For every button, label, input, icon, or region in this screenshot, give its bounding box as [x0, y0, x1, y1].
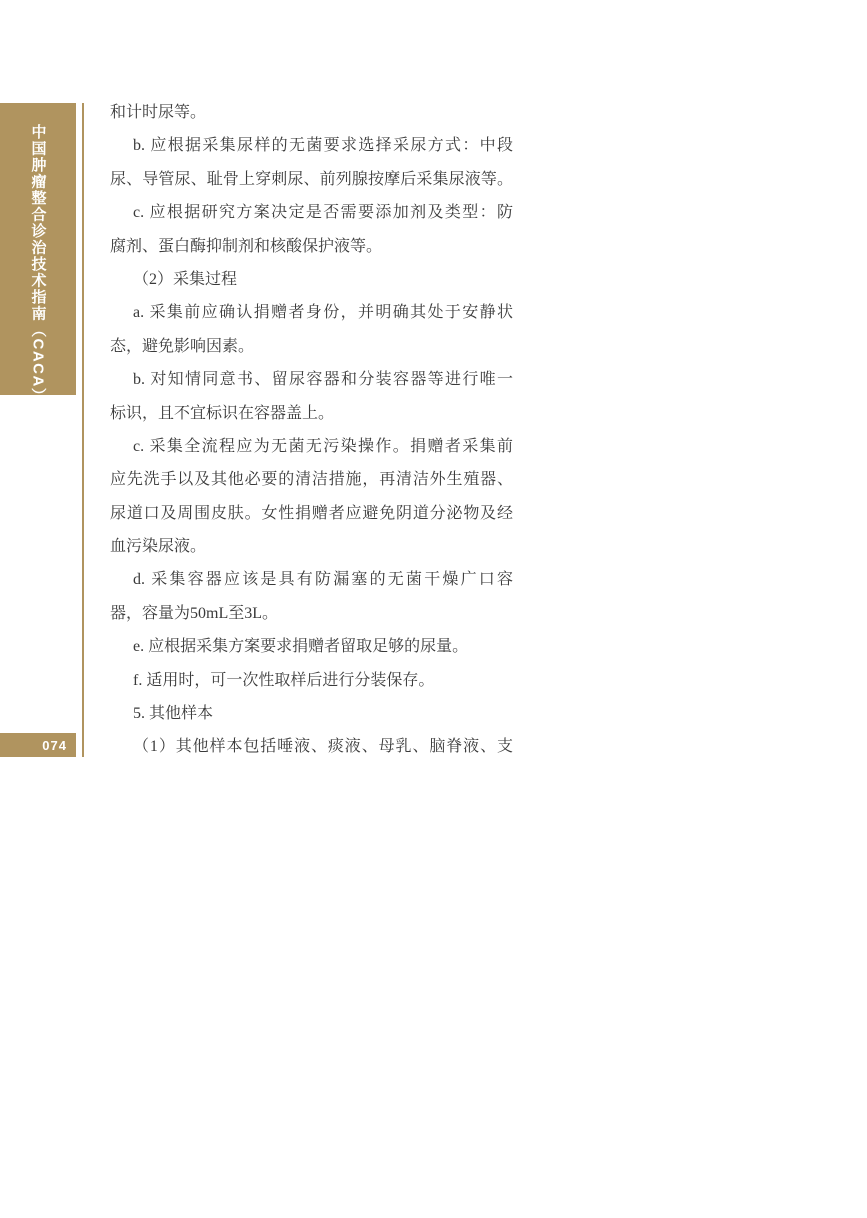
text-line: 器，容量为50mL至3L。	[110, 597, 513, 630]
text-line: c. 应根据研究方案决定是否需要添加剂及类型：防	[110, 196, 513, 229]
sidebar-book-title-box: 中国肿瘤整合诊治技术指南（CACA）	[0, 103, 76, 395]
text-line: 态，避免影响因素。	[110, 330, 513, 363]
book-title-vertical-text: 中国肿瘤整合诊治技术指南（CACA）	[31, 124, 46, 395]
text-line: 标识，且不宜标识在容器盖上。	[110, 397, 513, 430]
text-line: 尿、导管尿、耻骨上穿刺尿、前列腺按摩后采集尿液等。	[110, 163, 513, 196]
text-line: （2）采集过程	[110, 263, 513, 296]
body-text-column: 和计时尿等。 b. 应根据采集尿样的无菌要求选择采尿方式：中段 尿、导管尿、耻骨…	[110, 96, 513, 764]
page-number: 074	[42, 738, 67, 753]
text-line: （1）其他样本包括唾液、痰液、母乳、脑脊液、支	[110, 730, 513, 763]
text-line: a. 采集前应确认捐赠者身份，并明确其处于安静状	[110, 296, 513, 329]
text-line: 血污染尿液。	[110, 530, 513, 563]
text-line: f. 适用时，可一次性取样后进行分装保存。	[110, 664, 513, 697]
page-number-badge: 074	[0, 733, 76, 757]
vertical-divider-line	[82, 103, 84, 757]
text-line: d. 采集容器应该是具有防漏塞的无菌干燥广口容	[110, 563, 513, 596]
text-line: b. 对知情同意书、留尿容器和分装容器等进行唯一	[110, 363, 513, 396]
text-line: 5. 其他样本	[110, 697, 513, 730]
text-line: 应先洗手以及其他必要的清洁措施，再清洁外生殖器、	[110, 463, 513, 496]
text-line: e. 应根据采集方案要求捐赠者留取足够的尿量。	[110, 630, 513, 663]
text-line: 尿道口及周围皮肤。女性捐赠者应避免阴道分泌物及经	[110, 497, 513, 530]
text-line: 和计时尿等。	[110, 96, 513, 129]
document-page: 中国肿瘤整合诊治技术指南（CACA） 074 和计时尿等。 b. 应根据采集尿样…	[0, 0, 867, 1218]
text-line: 腐剂、蛋白酶抑制剂和核酸保护液等。	[110, 230, 513, 263]
text-line: c. 采集全流程应为无菌无污染操作。捐赠者采集前	[110, 430, 513, 463]
text-line: b. 应根据采集尿样的无菌要求选择采尿方式：中段	[110, 129, 513, 162]
